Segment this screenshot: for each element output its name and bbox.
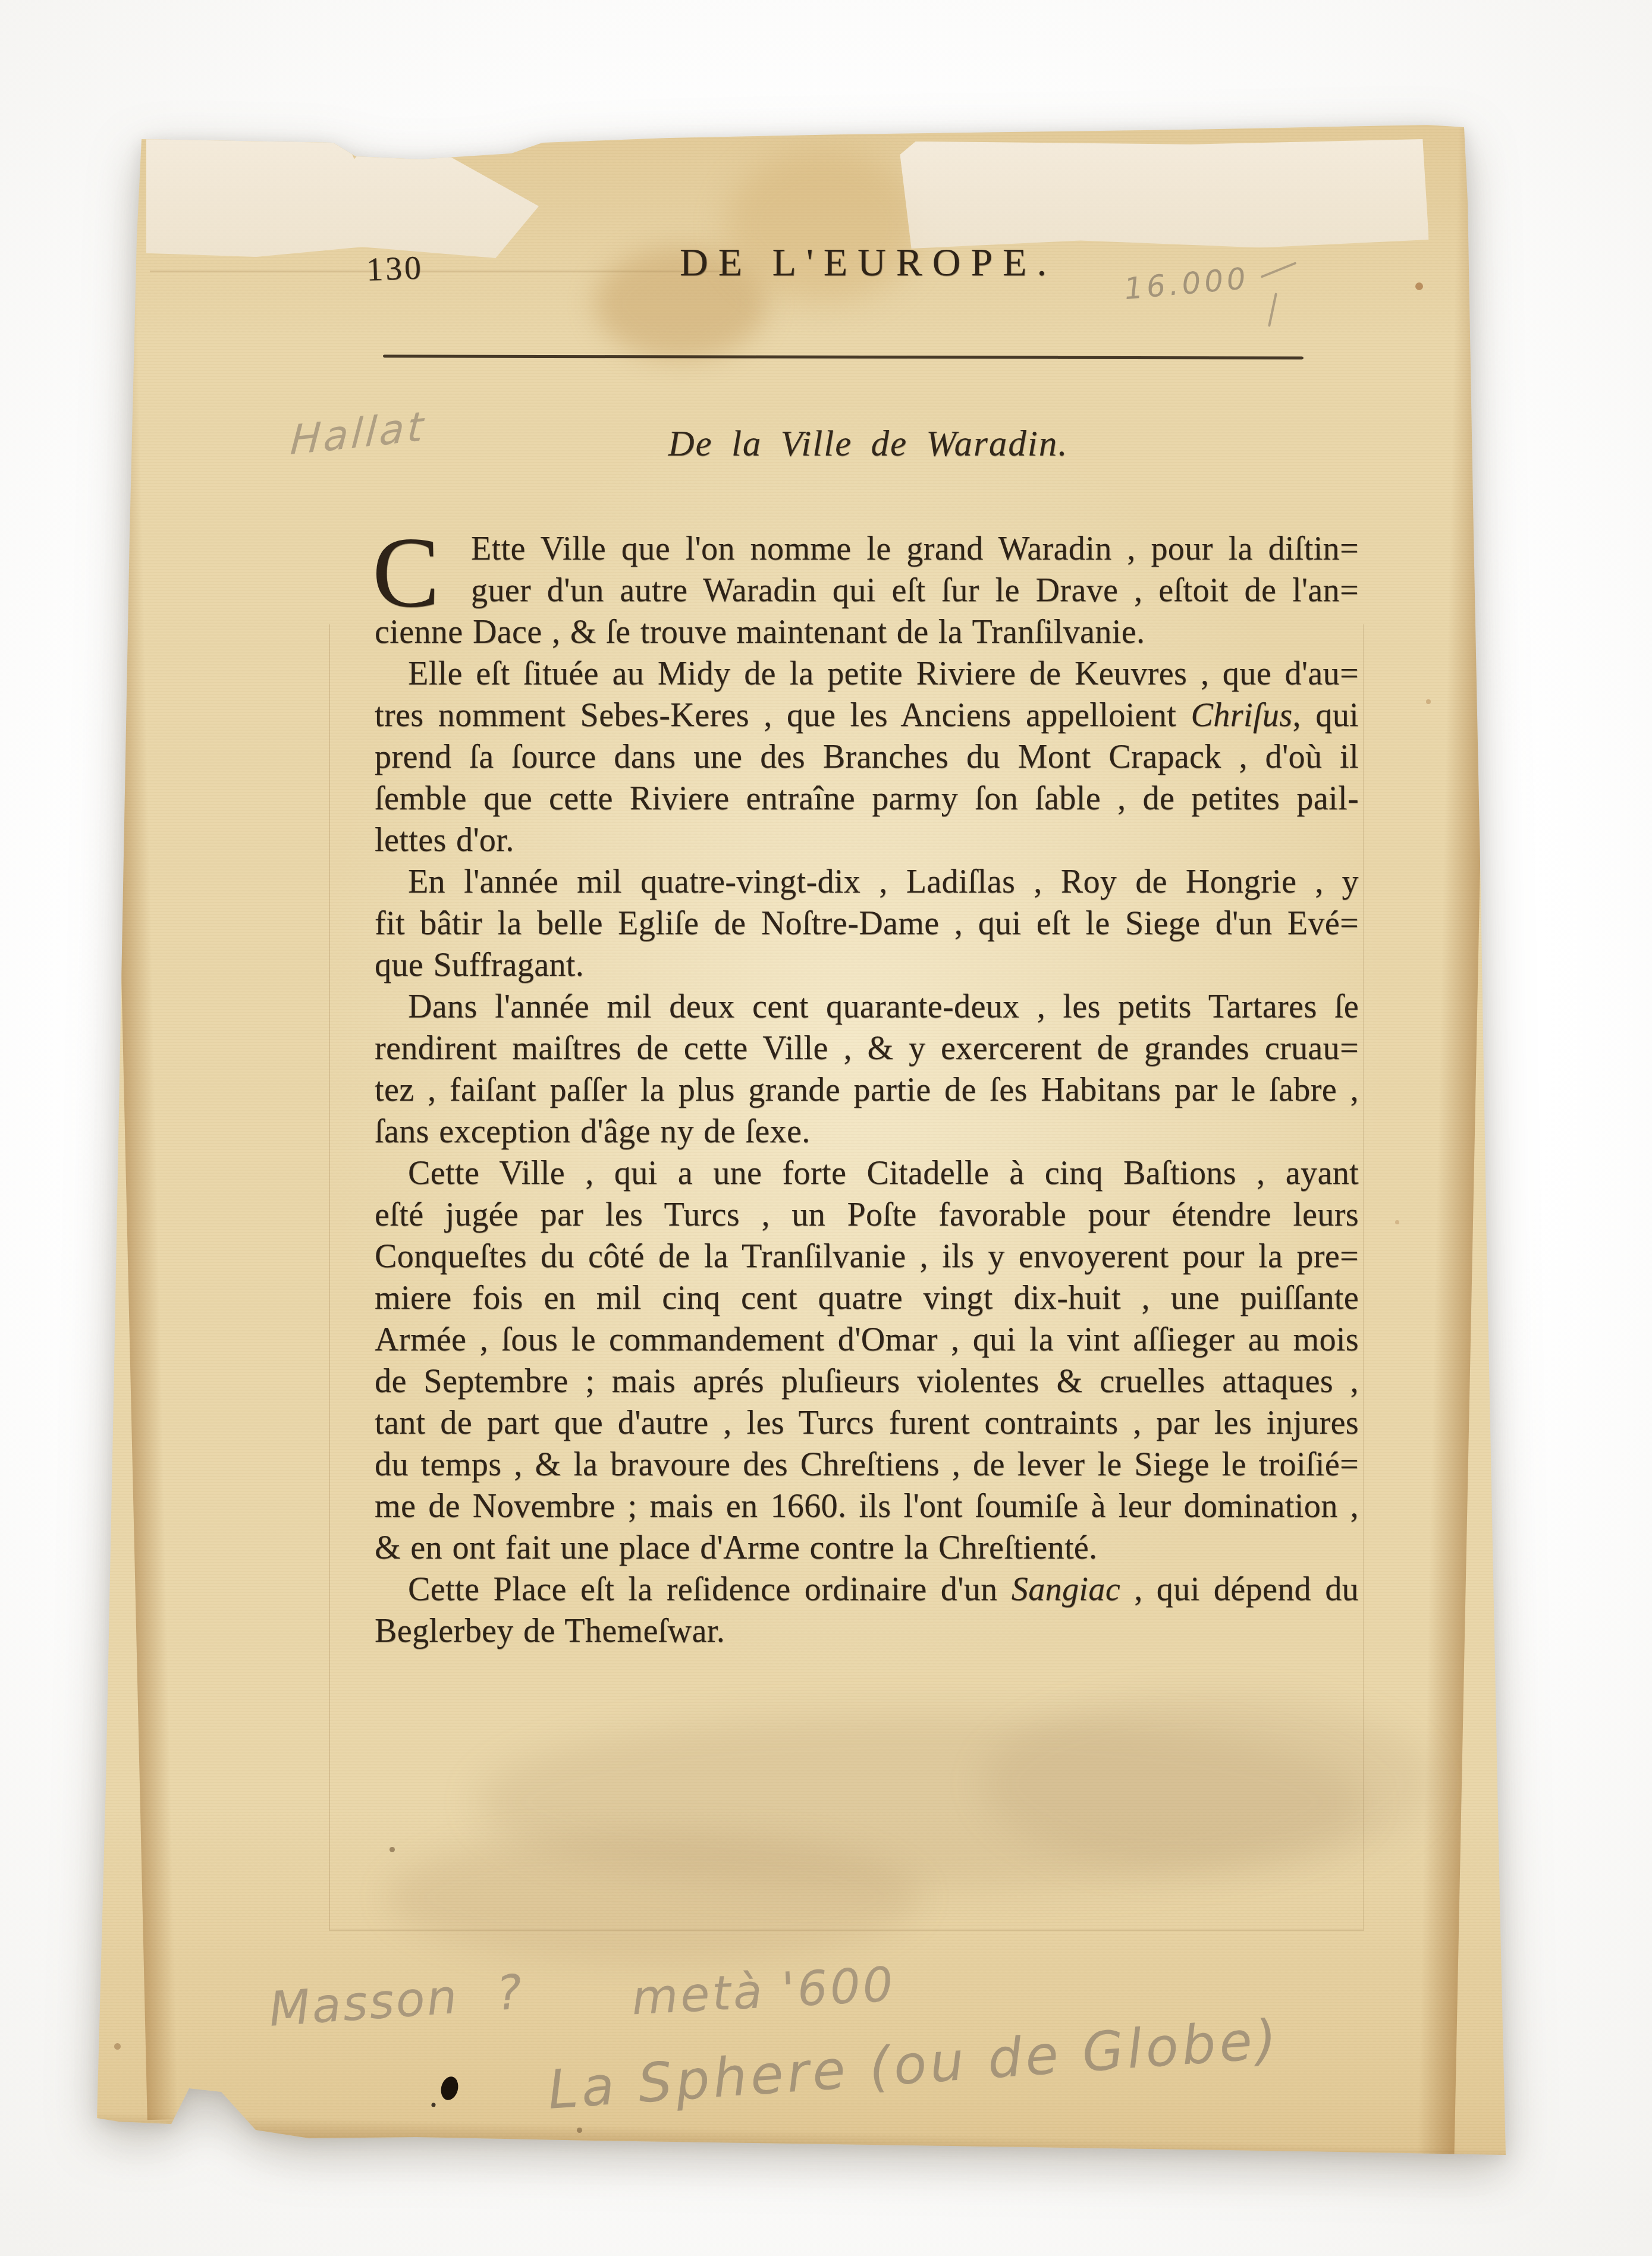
text-line: En l'année mil quatre-vingt-dix , Ladiſl… bbox=[375, 861, 1359, 903]
header-rule bbox=[383, 354, 1304, 359]
text-line: cienne Dace , & ſe trouve maintenant de … bbox=[375, 611, 1359, 653]
paragraph: En l'année mil quatre-vingt-dix , Ladiſl… bbox=[375, 861, 1359, 986]
tape-top-right bbox=[900, 137, 1429, 251]
text-line: tres nomment Sebes-Keres , que les Ancie… bbox=[375, 695, 1359, 736]
paragraph: Dans l'année mil deux cent quarante-deux… bbox=[375, 986, 1359, 1152]
foxing-spot bbox=[1415, 282, 1423, 290]
drop-cap: C bbox=[372, 532, 440, 612]
auction-photo: { "colors": { "background": "#f7f6f4", "… bbox=[0, 0, 1652, 2256]
pencil-attribution-note: Masson ? bbox=[267, 1964, 525, 2037]
text-line: Elle eſt ſituée au Midy de la petite Riv… bbox=[375, 653, 1359, 695]
ink-dot bbox=[439, 2075, 461, 2102]
text-line: & en ont fait une place d'Arme contre la… bbox=[375, 1527, 1359, 1569]
text-line: me de Novembre ; mais en 1660. ils l'ont… bbox=[375, 1485, 1359, 1527]
text-line: guer d'un autre Waradin qui eſt ſur le D… bbox=[375, 570, 1359, 611]
top-edge-toning bbox=[142, 115, 1465, 137]
text-line: Beglerbey de Themeſwar. bbox=[375, 1610, 1359, 1652]
text-line: Armée , ſous le commandement d'Omar , qu… bbox=[375, 1319, 1359, 1360]
text-line: Ette Ville que l'on nomme le grand Warad… bbox=[375, 528, 1359, 570]
text-line: que Suffragant. bbox=[375, 944, 1359, 986]
paragraph: Cette Place eſt la reſidence ordinaire d… bbox=[375, 1569, 1359, 1652]
text-line: Conqueſtes du côté de la Tranſilvanie , … bbox=[375, 1236, 1359, 1277]
paragraph: Cette Ville , qui a une forte Citadelle … bbox=[375, 1152, 1359, 1569]
left-edge-toning bbox=[102, 134, 178, 2120]
text-line: ſemble que cette Riviere entraîne parmy … bbox=[375, 778, 1359, 819]
section-title: De la Ville de Waradin. bbox=[375, 423, 1362, 465]
book-page: 130 DE L'EUROPE. De la Ville de Waradin.… bbox=[0, 0, 1652, 2256]
pencil-subject-note: La Sphere (ou de Globe) bbox=[546, 2008, 1282, 2122]
foxing-spot bbox=[114, 2043, 121, 2050]
right-edge-toning bbox=[1417, 125, 1495, 2157]
text-line: Cette Place eſt la reſidence ordinaire d… bbox=[375, 1569, 1359, 1610]
text-line: tant de part que d'autre , les Turcs fur… bbox=[375, 1402, 1359, 1444]
text-line: prend ſa ſource dans une des Branches du… bbox=[375, 736, 1359, 778]
tape-top-left bbox=[146, 134, 539, 258]
photographed-sheet: 130 DE L'EUROPE. De la Ville de Waradin.… bbox=[0, 0, 1652, 2256]
text-line: miere fois en mil cinq cent quatre vingt… bbox=[375, 1277, 1359, 1319]
text-line: Dans l'année mil deux cent quarante-deux… bbox=[375, 986, 1359, 1028]
foxing-spot bbox=[577, 2128, 582, 2133]
body-text: CEtte Ville que l'on nomme le grand Wara… bbox=[375, 528, 1359, 1652]
text-line: ſans exception d'âge ny de ſexe. bbox=[375, 1111, 1359, 1152]
pencil-tail-stroke bbox=[1268, 293, 1277, 327]
text-line: tez , faiſant paſſer la plus grande part… bbox=[375, 1069, 1359, 1111]
foxing-spot bbox=[390, 1847, 395, 1852]
text-line: du temps , & la bravoure des Chreſtiens … bbox=[375, 1444, 1359, 1485]
text-line: de Septembre ; mais aprés pluſieurs viol… bbox=[375, 1360, 1359, 1402]
foxing-spot bbox=[1395, 1220, 1399, 1224]
paragraph: Elle eſt ſituée au Midy de la petite Riv… bbox=[375, 653, 1359, 861]
text-line: eſté jugée par les Turcs , un Poſte favo… bbox=[375, 1194, 1359, 1236]
text-line: fit bâtir la belle Egliſe de Noſtre-Dame… bbox=[375, 903, 1359, 944]
text-line: lettes d'or. bbox=[375, 819, 1359, 861]
pencil-date-note: metà '600 bbox=[630, 1956, 897, 2025]
text-line: Cette Ville , qui a une forte Citadelle … bbox=[375, 1152, 1359, 1194]
bottom-edge-toning bbox=[97, 2112, 1507, 2185]
text-line: rendirent maiſtres de cette Ville , & y … bbox=[375, 1028, 1359, 1069]
paragraph: CEtte Ville que l'on nomme le grand Wara… bbox=[375, 528, 1359, 653]
foxing-spot bbox=[1426, 699, 1431, 704]
